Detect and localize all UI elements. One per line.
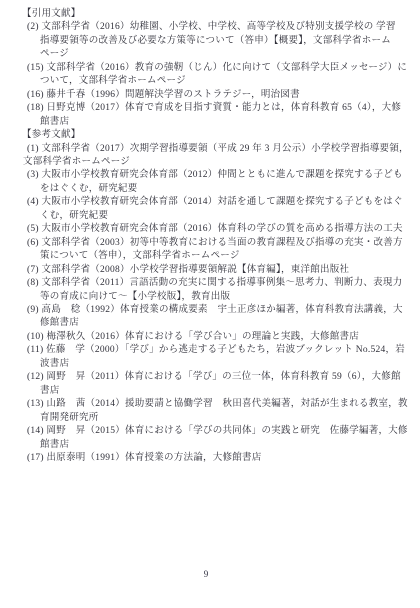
reference-line: (18) 日野克博（2017）体育で育成を目指す資質・能力とは，体育科教育 65… bbox=[27, 102, 402, 115]
reference-line: 育開発研究所 bbox=[40, 412, 402, 425]
reference-line: 文部科学省ホームページ bbox=[23, 156, 402, 169]
document-page: 【引用文献】 (2) 文部科学省（2016）幼稚園、小学校、中学校、高等学校及び… bbox=[0, 0, 420, 608]
references-content: 【引用文献】 (2) 文部科学省（2016）幼稚園、小学校、中学校、高等学校及び… bbox=[22, 8, 402, 465]
reference-line: (2) 文部科学省（2016）幼稚園、小学校、中学校、高等学校及び特別支援学校の… bbox=[27, 21, 402, 34]
reference-line: (4) 大阪市小学校教育研究会体育部（2014）対話を通して課題を探究する子ども… bbox=[27, 196, 402, 209]
reference-line: (7) 文部科学省（2008）小学校学習指導要領解説【体育編】，東洋館出版社 bbox=[27, 264, 402, 277]
reference-line: 修館書店 bbox=[40, 317, 402, 330]
reference-line: 策について（答申），文部科学省ホームページ bbox=[40, 250, 402, 263]
reference-line: くむ，研究紀要 bbox=[40, 210, 402, 223]
reference-line: ページ bbox=[40, 48, 402, 61]
cited-works-heading: 【引用文献】 bbox=[22, 8, 402, 21]
reference-line: (15) 文部科学省（2016）教育の強靭（じん）化に向けて（文部科学大臣メッセ… bbox=[27, 62, 402, 75]
reference-line: をはぐくむ，研究紀要 bbox=[40, 183, 402, 196]
reference-line: 館書店 bbox=[40, 439, 402, 452]
reference-line: 波書店 bbox=[40, 358, 402, 371]
reference-line: 書店 bbox=[40, 385, 402, 398]
reference-line: (12) 岡野 昇（2011）体育における「学び」の三位一体，体育科教育 59（… bbox=[27, 371, 402, 384]
reference-line: (6) 文部科学省（2003）初等中等教育における当面の教育課程及び指導の充実・… bbox=[27, 237, 402, 250]
reference-line: (16) 藤井千春（1996）問題解決学習のストラテジー，明治図書 bbox=[27, 89, 402, 102]
reference-line: (11) 佐藤 学（2000）「学び」から逃走する子どもたち，岩波ブックレット … bbox=[27, 344, 402, 357]
reference-line: (13) 山路 茜（2014）援助要請と協働学習 秋田喜代美編著，対話が生まれる… bbox=[27, 398, 402, 411]
reference-line: 等の育成に向けて～【小学校版】，教育出版 bbox=[40, 291, 402, 304]
reference-line: (17) 出原泰明（1991）体育授業の方法論，大修館書店 bbox=[27, 452, 402, 465]
reference-line: (8) 文部科学省（2011）言語活動の充実に関する指導事例集～思考力、判断力、… bbox=[27, 277, 402, 290]
references-heading: 【参考文献】 bbox=[22, 129, 402, 142]
reference-line: ついて，文部科学省ホームページ bbox=[40, 75, 402, 88]
reference-line: (1) 文部科学省（2017）次期学習指導要領（平成 29 年 3 月公示）小学… bbox=[27, 143, 402, 156]
page-number: 9 bbox=[0, 569, 412, 579]
reference-line: (5) 大阪市小学校教育研究会体育部（2016）体育科の学びの質を高める指導方法… bbox=[27, 223, 402, 236]
reference-line: 館書店 bbox=[40, 116, 402, 129]
reference-line: (3) 大阪市小学校教育研究会体育部（2012）仲間とともに進んで課題を探究する… bbox=[27, 169, 402, 182]
reference-line: (14) 岡野 昇（2015）体育における「学びの共同体」の実践と研究 佐藤学編… bbox=[27, 425, 402, 438]
reference-line: (9) 高島 稔（1992）体育授業の構成要素 宇土正彦ほか編著，体育科教育法講… bbox=[27, 304, 402, 317]
reference-line: (10) 梅澤秋久（2016）体育における「学び合い」の理論と実践，大修館書店 bbox=[27, 331, 402, 344]
reference-line: 指導要領等の改善及び必要な方策等について（答申）【概要】，文部科学省ホーム bbox=[40, 35, 402, 48]
